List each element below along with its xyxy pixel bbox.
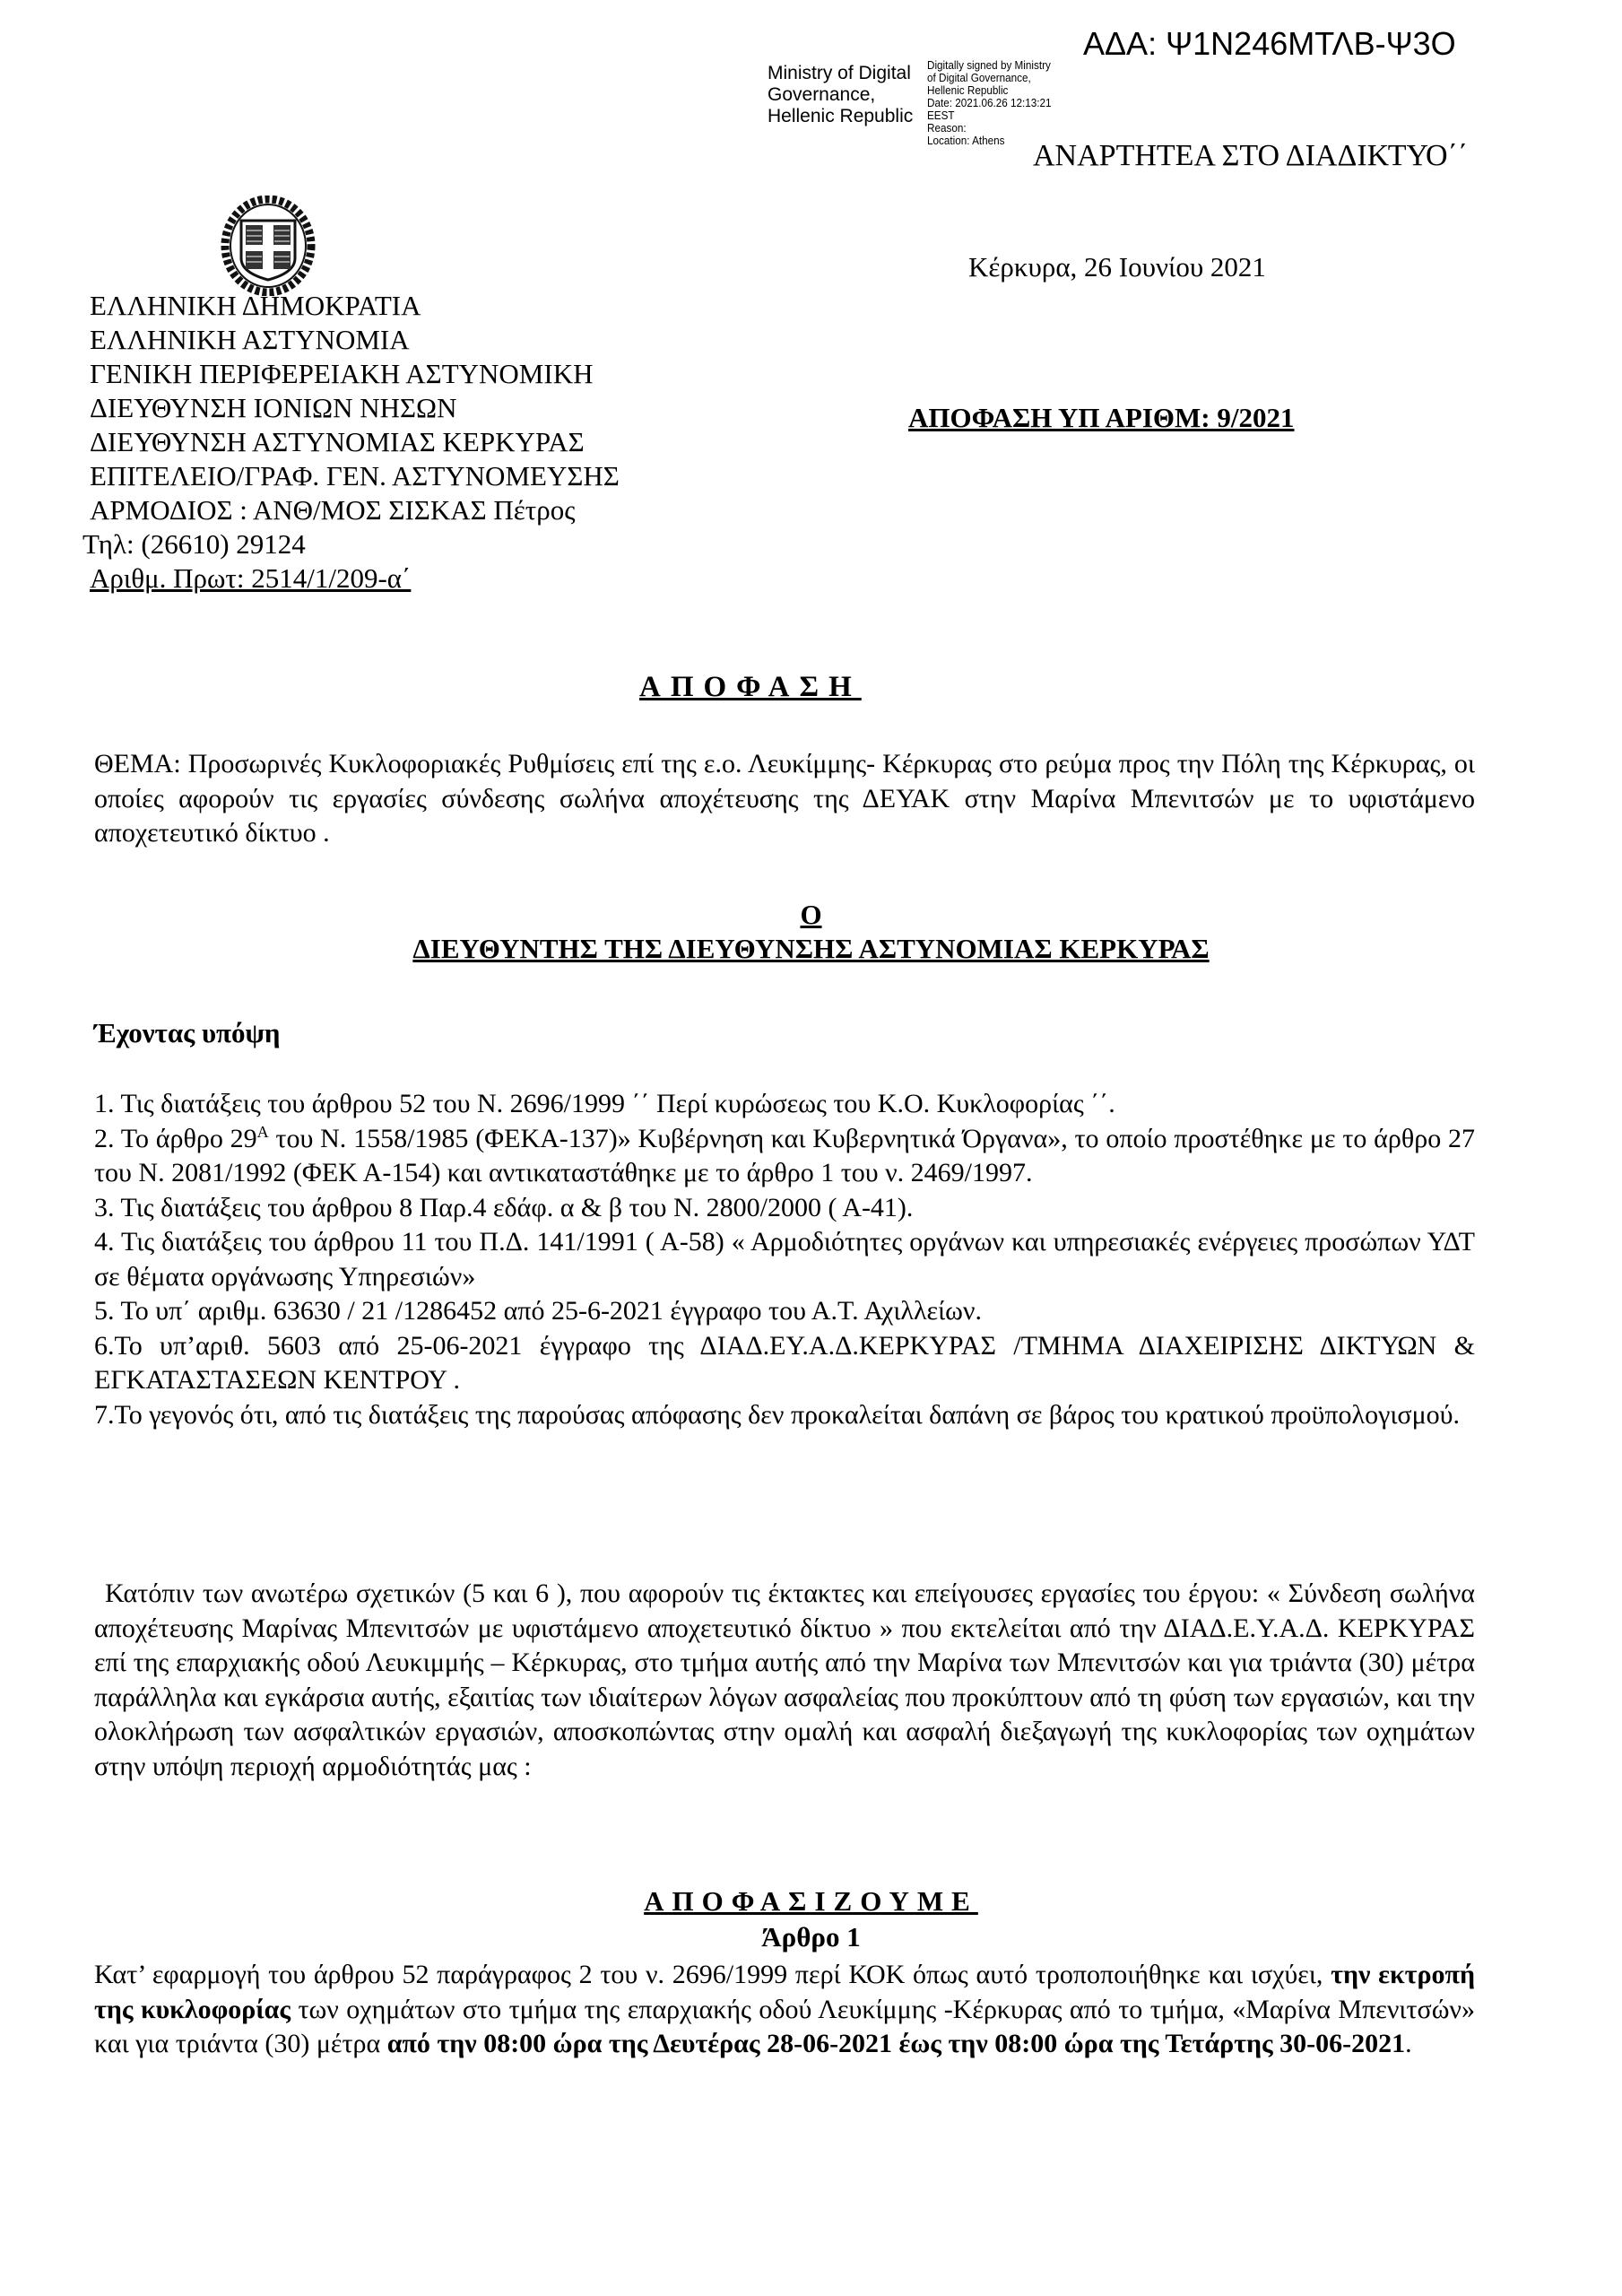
consideration-text: του Ν. 1558/1985 (ΦΕΚΑ-137)» Κυβέρνηση κ…	[94, 1124, 1475, 1188]
consideration-item: 3. Τις διατάξεις του άρθρου 8 Παρ.4 εδάφ…	[94, 1191, 1475, 1226]
superscript: Α	[257, 1123, 269, 1141]
signature-detail: Hellenic Republic	[927, 84, 1052, 97]
protocol-number: Αριθμ. Πρωτ: 2514/1/209-α΄	[90, 561, 620, 596]
article-1-text: Κατ’ εφαρμογή του άρθρου 52 παράγραφος 2…	[94, 1958, 1475, 2062]
consideration-item: 2. Το άρθρο 29Α του Ν. 1558/1985 (ΦΕΚΑ-1…	[94, 1122, 1475, 1191]
signature-detail: Date: 2021.06.26 12:13:21	[927, 97, 1052, 109]
digital-signature-details: Digitally signed by Ministry of Digital …	[927, 59, 1052, 147]
signature-detail: of Digital Governance,	[927, 72, 1052, 84]
header-line: ΕΛΛΗΝΙΚΗ ΑΣΤΥΝΟΜΙΑ	[90, 323, 620, 357]
consideration-item: 1. Τις διατάξεις του άρθρου 52 του Ν. 26…	[94, 1087, 1475, 1122]
header-line: ΕΠΙΤΕΛΕΙΟ/ΓΡΑΦ. ΓΕΝ. ΑΣΤΥΝΟΜΕΥΣΗΣ	[90, 459, 620, 493]
consideration-text: 2. Το άρθρο 29	[94, 1124, 257, 1153]
rationale-paragraph: Κατόπιν των ανωτέρω σχετικών (5 και 6 ),…	[94, 1577, 1475, 1784]
decision-number: ΑΠΟΦΑΣΗ ΥΠ ΑΡΙΘΜ: 9/2021	[908, 402, 1294, 434]
signer-line: Ministry of Digital	[768, 63, 913, 84]
publish-note: ΑΝΑΡΤΗΤΕΑ ΣΤΟ ΔΙΑΔΙΚΤΥΟ΄΄	[1033, 139, 1468, 173]
consideration-item: 7.Το γεγονός ότι, από τις διατάξεις της …	[94, 1398, 1475, 1433]
signer-line: Hellenic Republic	[768, 106, 913, 127]
signature-detail: EEST	[927, 109, 1052, 122]
header-line: ΔΙΕΥΘΥΝΣΗ ΙΟΝΙΩΝ ΝΗΣΩΝ	[90, 391, 620, 425]
consideration-item: 6.Το υπ’αριθ. 5603 από 25-06-2021 έγγραφ…	[94, 1329, 1475, 1398]
signer-name: Ministry of Digital Governance, Hellenic…	[768, 63, 913, 127]
decision-heading: ΑΠΟΦΑΣΙΖΟΥΜΕ	[0, 1885, 1622, 1918]
article-text: .	[1405, 2029, 1412, 2058]
signer-line: Governance,	[768, 84, 913, 106]
article-title: Άρθρο 1	[0, 1921, 1622, 1953]
greek-coat-of-arms-icon	[219, 196, 317, 296]
subject-paragraph: ΘΕΜΑ: Προσωρινές Κυκλοφοριακές Ρυθμίσεις…	[94, 747, 1475, 851]
header-line: ΕΛΛΗΝΙΚΗ ΔΗΜΟΚΡΑΤΙΑ	[90, 289, 620, 323]
signature-detail: Reason:	[927, 122, 1052, 135]
authority-title: ΔΙΕΥΘΥΝΤΗΣ ΤΗΣ ΔΙΕΥΘΥΝΣΗΣ ΑΣΤΥΝΟΜΙΑΣ ΚΕΡ…	[0, 933, 1622, 965]
having-regard-heading: Έχοντας υπόψη	[94, 1017, 280, 1049]
header-line: ΓΕΝΙΚΗ ΠΕΡΙΦΕΡΕΙΑΚΗ ΑΣΤΥΝΟΜΙΚΗ	[90, 357, 620, 391]
consideration-item: 4. Τις διατάξεις του άρθρου 11 του Π.Δ. …	[94, 1225, 1475, 1294]
document-title: ΑΠΟΦΑΣΗ	[639, 671, 862, 704]
considerations-list: 1. Τις διατάξεις του άρθρου 52 του Ν. 26…	[94, 1087, 1475, 1432]
signature-detail: Digitally signed by Ministry	[927, 59, 1052, 72]
article-text: Κατ’ εφαρμογή του άρθρου 52 παράγραφος 2…	[94, 1960, 1331, 1989]
ada-code: ΑΔΑ: Ψ1Ν246ΜΤΛΒ-Ψ3Ο	[1083, 25, 1456, 63]
header-line: ΔΙΕΥΘΥΝΣΗ ΑΣΤΥΝΟΜΙΑΣ ΚΕΡΚΥΡΑΣ	[90, 425, 620, 459]
document-date: Κέρκυρα, 26 Ιουνίου 2021	[968, 251, 1266, 283]
phone-number: Τηλ: (26610) 29124	[82, 527, 620, 561]
article-bold-text: από την 08:00 ώρα της Δευτέρας 28-06-202…	[387, 2029, 1405, 2058]
header-line: ΑΡΜΟΔΙΟΣ : ΑΝΘ/ΜΟΣ ΣΙΣΚΑΣ Πέτρος	[90, 493, 620, 527]
authority-article: Ο	[0, 899, 1622, 931]
consideration-item: 5. Το υπ΄ αριθμ. 63630 / 21 /1286452 από…	[94, 1294, 1475, 1329]
issuer-header: ΕΛΛΗΝΙΚΗ ΔΗΜΟΚΡΑΤΙΑ ΕΛΛΗΝΙΚΗ ΑΣΤΥΝΟΜΙΑ Γ…	[90, 289, 620, 596]
